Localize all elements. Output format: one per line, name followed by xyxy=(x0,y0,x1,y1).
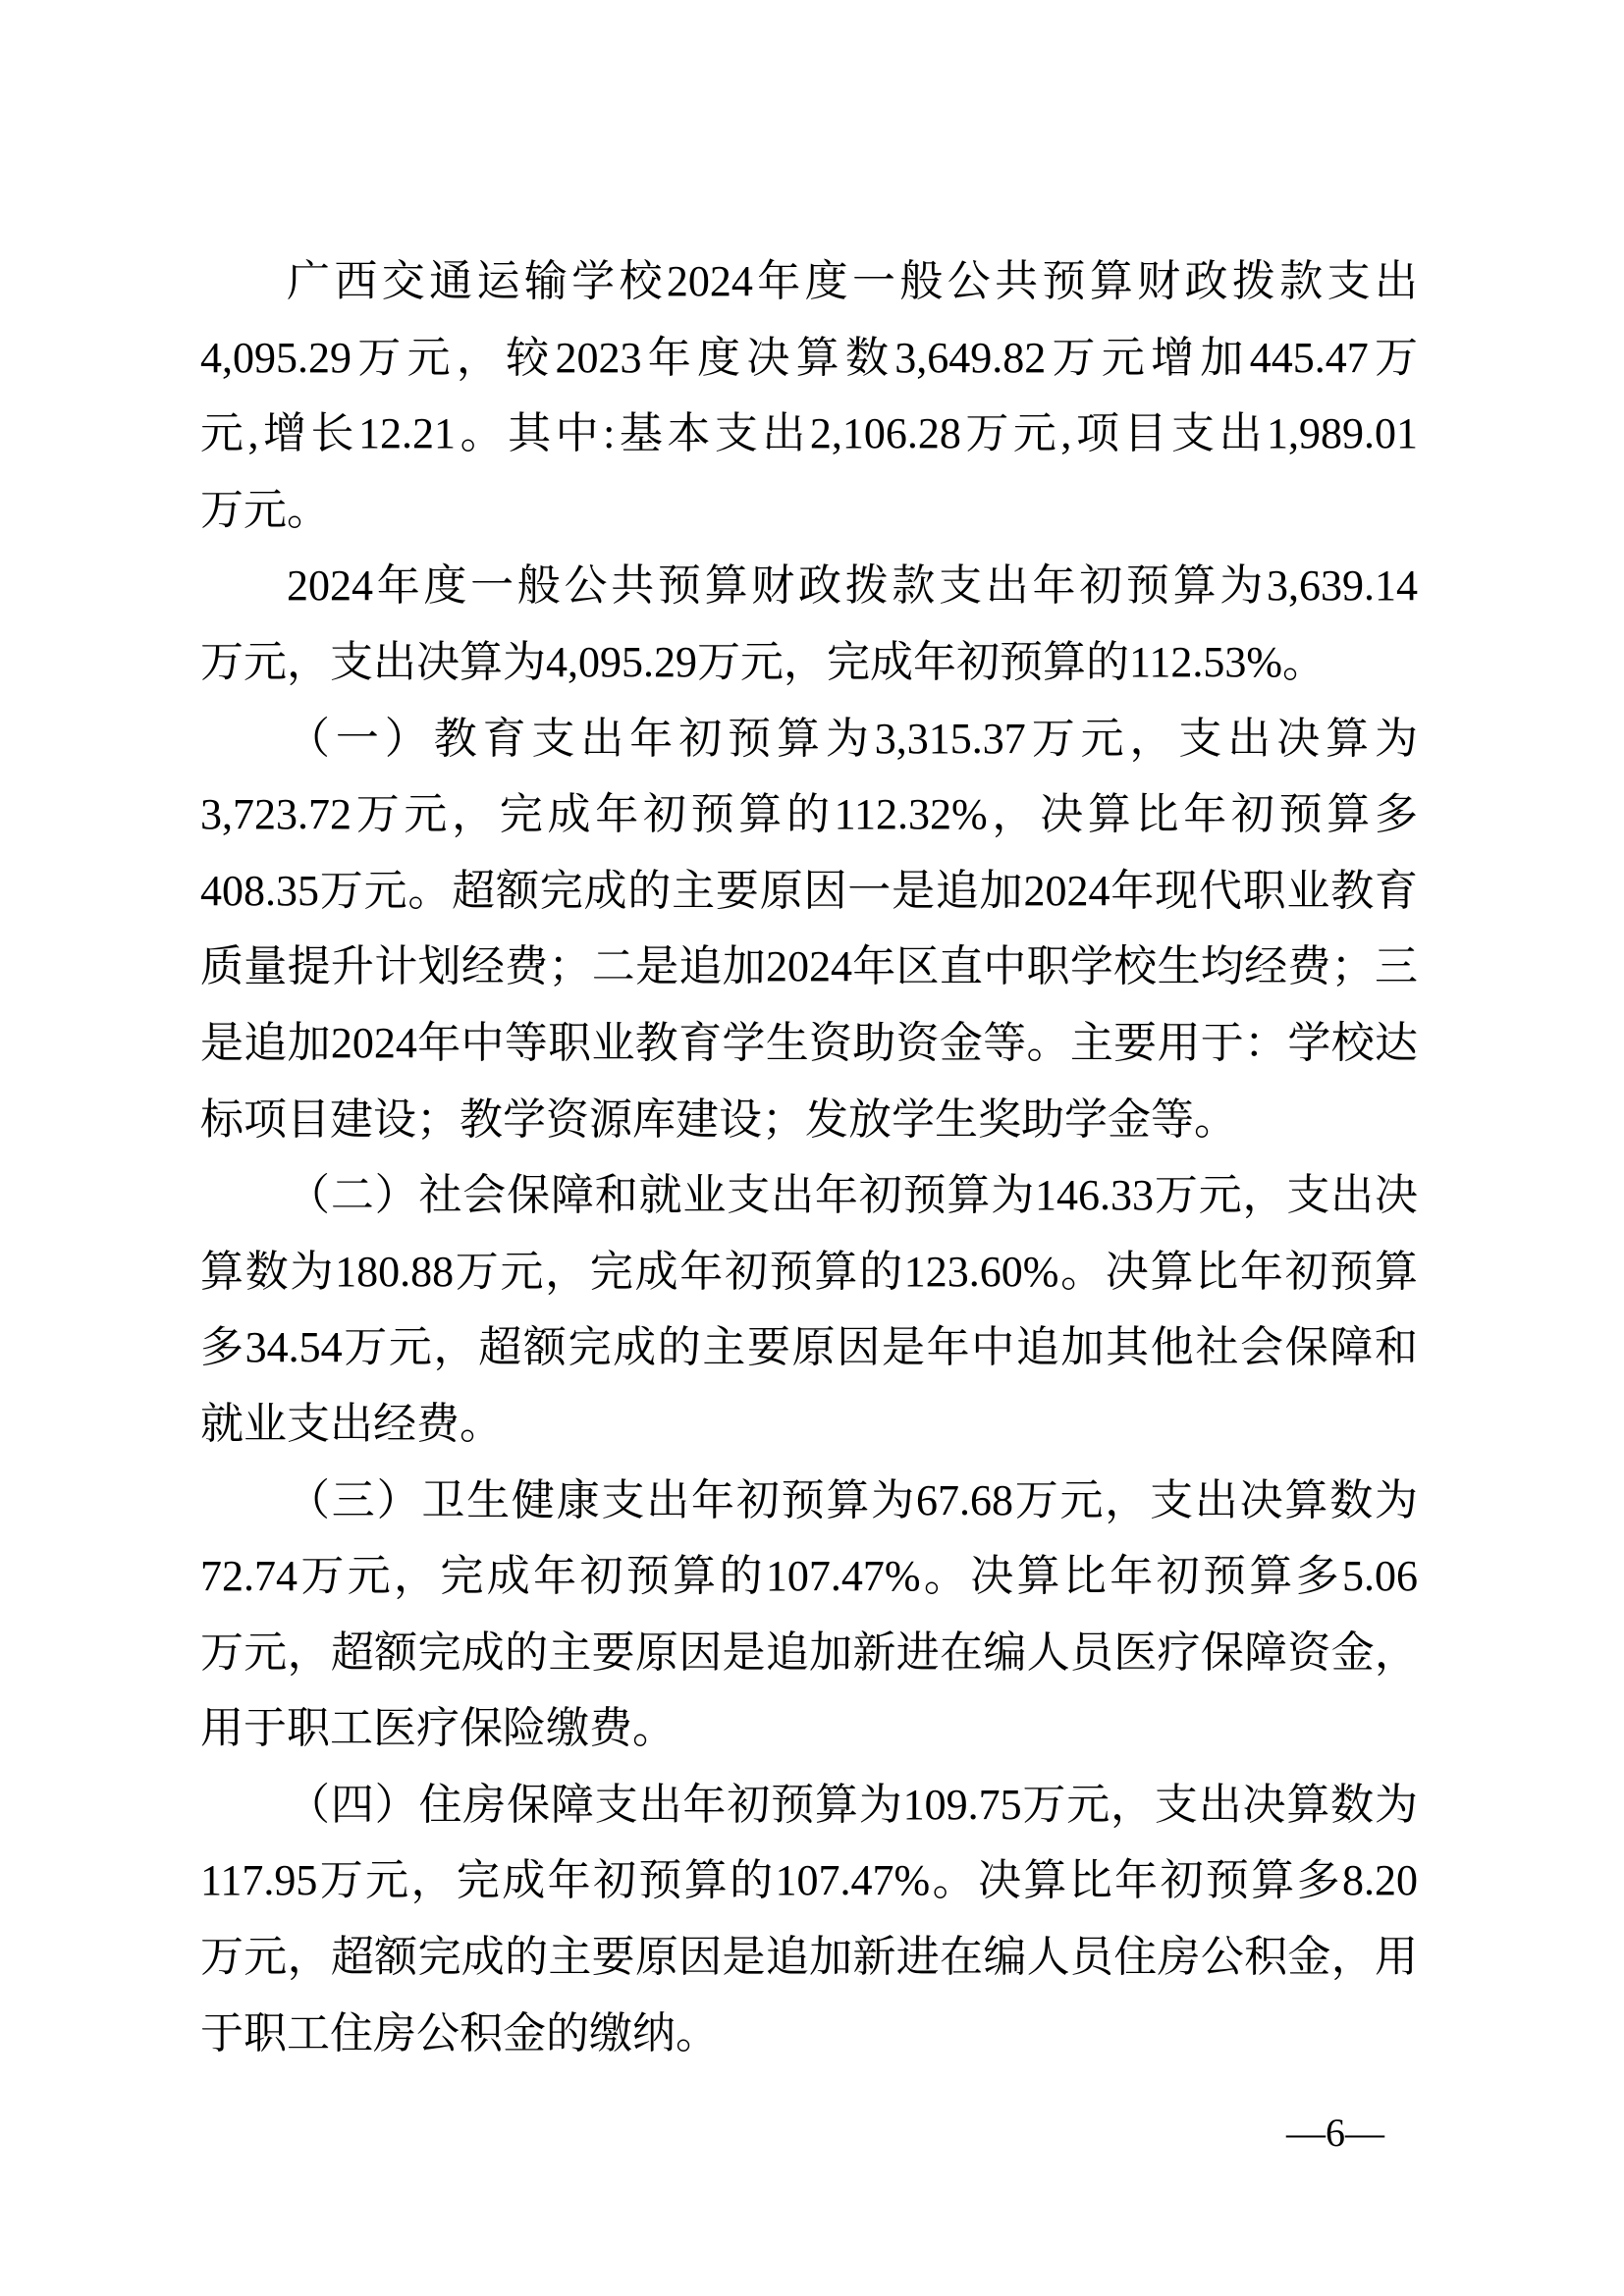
text-line: 元,增长12.21。其中:基本支出2,106.28万元,项目支出1,989.01 xyxy=(200,396,1418,472)
text-line: 广西交通运输学校2024年度一般公共预算财政拨款支出 xyxy=(200,243,1418,320)
text-line: 是追加2024年中等职业教育学生资助资金等。主要用于：学校达 xyxy=(200,1005,1418,1082)
text-line: 万元。 xyxy=(200,472,1418,549)
text-line: 就业支出经费。 xyxy=(200,1386,1418,1463)
text-line: 4,095.29万元，较2023年度决算数3,649.82万元增加445.47万 xyxy=(200,320,1418,397)
text-line: 408.35万元。超额完成的主要原因一是追加2024年现代职业教育 xyxy=(200,853,1418,930)
text-line: 标项目建设；教学资源库建设；发放学生奖助学金等。 xyxy=(200,1082,1418,1158)
text-line: 多34.54万元，超额完成的主要原因是年中追加其他社会保障和 xyxy=(200,1309,1418,1386)
text-line: 万元，超额完成的主要原因是追加新进在编人员医疗保障资金， xyxy=(200,1615,1418,1691)
text-line: 117.95万元，完成年初预算的107.47%。决算比年初预算多8.20 xyxy=(200,1842,1418,1919)
text-line: 质量提升计划经费；二是追加2024年区直中职学校生均经费；三 xyxy=(200,929,1418,1005)
document-body: 广西交通运输学校2024年度一般公共预算财政拨款支出 4,095.29万元，较2… xyxy=(200,243,1418,2071)
text-line: 用于职工医疗保险缴费。 xyxy=(200,1690,1418,1767)
document-page: 广西交通运输学校2024年度一般公共预算财政拨款支出 4,095.29万元，较2… xyxy=(0,0,1624,2296)
text-line: （三）卫生健康支出年初预算为67.68万元，支出决算数为 xyxy=(200,1463,1418,1539)
text-line: 算数为180.88万元，完成年初预算的123.60%。决算比年初预算 xyxy=(200,1234,1418,1310)
text-line: 3,723.72万元，完成年初预算的112.32%，决算比年初预算多 xyxy=(200,776,1418,853)
text-line: 2024年度一般公共预算财政拨款支出年初预算为3,639.14 xyxy=(200,548,1418,624)
text-line: 万元，超额完成的主要原因是追加新进在编人员住房公积金，用 xyxy=(200,1919,1418,1996)
page-number: —6— xyxy=(1286,2110,1384,2156)
text-line: 万元，支出决算为4,095.29万元，完成年初预算的112.53%。 xyxy=(200,624,1418,701)
text-line: 72.74万元，完成年初预算的107.47%。决算比年初预算多5.06 xyxy=(200,1538,1418,1615)
text-line: （一）教育支出年初预算为3,315.37万元，支出决算为 xyxy=(200,701,1418,777)
text-line: 于职工住房公积金的缴纳。 xyxy=(200,1996,1418,2072)
text-line: （二）社会保障和就业支出年初预算为146.33万元，支出决 xyxy=(200,1157,1418,1234)
text-line: （四）住房保障支出年初预算为109.75万元，支出决算数为 xyxy=(200,1767,1418,1843)
